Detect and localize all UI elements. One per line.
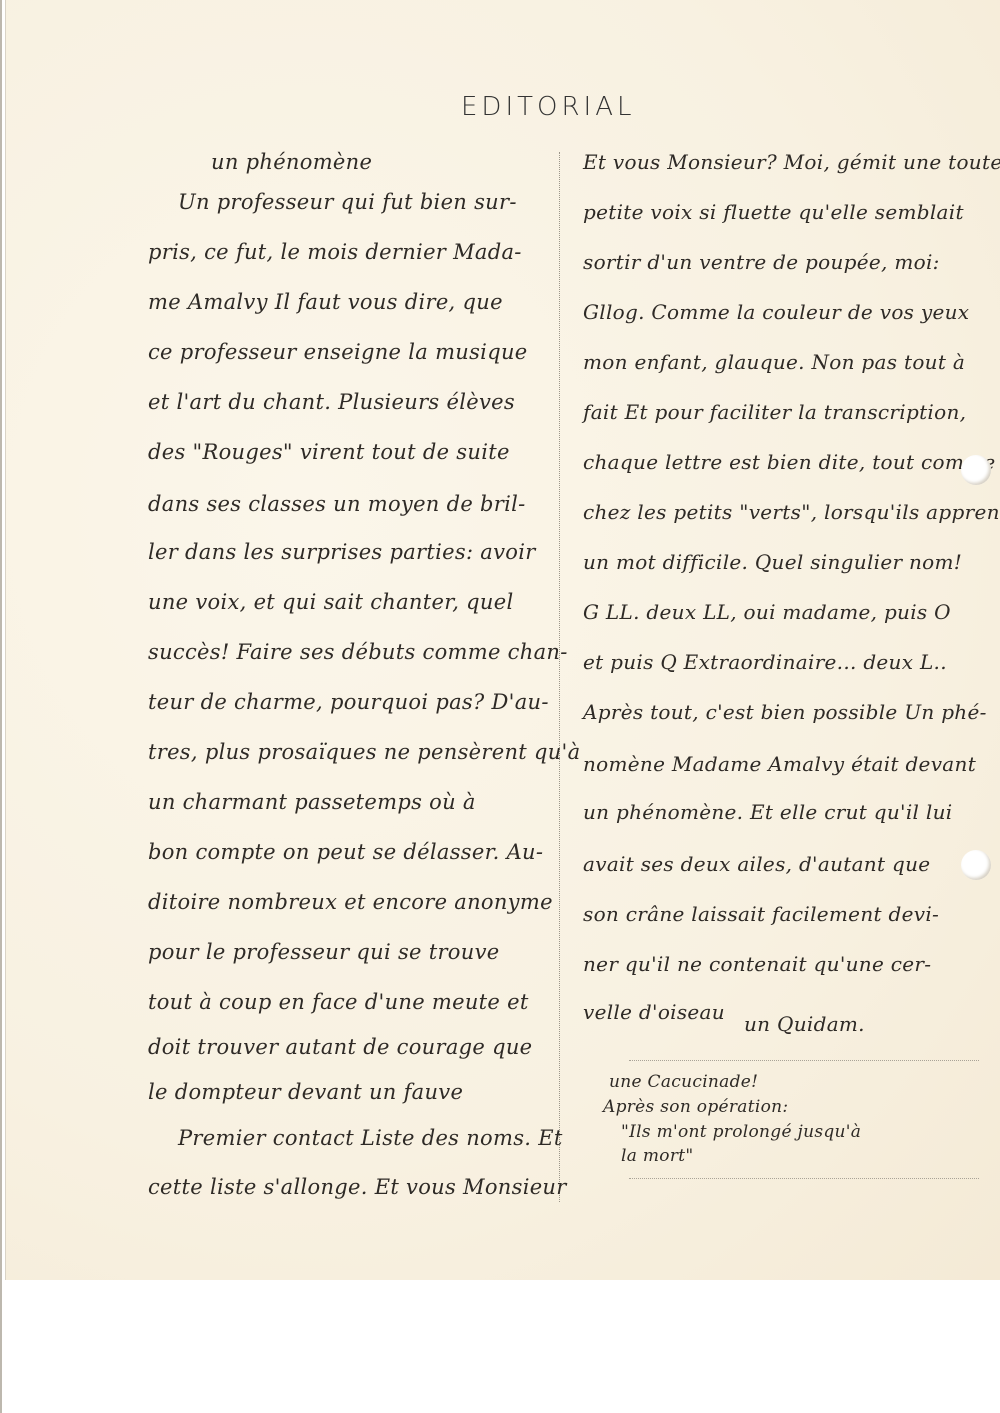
text-line: avait ses deux ailes, d'autant que	[583, 852, 930, 876]
punch-hole	[961, 455, 991, 485]
text-line: et puis Q Extraordinaire... deux L..	[583, 650, 947, 674]
text-line: sortir d'un ventre de poupée, moi:	[583, 250, 940, 274]
paper-page: EDITORIAL un phénomène Un professeur qui…	[5, 0, 1000, 1280]
text-line: Après tout, c'est bien possible Un phé-	[583, 700, 987, 724]
note-rule-bottom	[629, 1178, 979, 1179]
text-line: son crâne laissait facilement devi-	[583, 902, 939, 926]
text-line: G LL. deux LL, oui madame, puis O	[583, 600, 951, 624]
text-line: chez les petits "verts", lorsqu'ils appr…	[583, 500, 1000, 524]
note-rule-top	[629, 1060, 979, 1061]
text-line: mon enfant, glauque. Non pas tout à	[583, 350, 965, 374]
text-line: velle d'oiseau	[583, 1000, 725, 1024]
text-line: pour le professeur qui se trouve	[148, 940, 499, 964]
text-line: Et vous Monsieur? Moi, gémit une toute	[583, 150, 1000, 174]
text-line: tout à coup en face d'une meute et	[148, 990, 529, 1014]
text-line: me Amalvy Il faut vous dire, que	[148, 290, 503, 314]
note-line: la mort"	[621, 1146, 694, 1166]
text-line: cette liste s'allonge. Et vous Monsieur	[148, 1175, 567, 1199]
text-line: chaque lettre est bien dite, tout comme	[583, 450, 996, 474]
text-line: teur de charme, pourquoi pas? D'au-	[148, 690, 549, 714]
note-line: Après son opération:	[603, 1097, 788, 1117]
text-line: Un professeur qui fut bien sur-	[178, 190, 517, 214]
text-line: un charmant passetemps où à	[148, 790, 476, 814]
article-heading: un phénomène	[211, 150, 372, 174]
column-divider	[559, 152, 560, 1202]
text-line: ner qu'il ne contenait qu'une cer-	[583, 952, 931, 976]
signature: un Quidam.	[744, 1012, 865, 1036]
text-line: fait Et pour faciliter la transcription,	[583, 400, 966, 424]
text-line: pris, ce fut, le mois dernier Mada-	[148, 240, 522, 264]
text-line: ce professeur enseigne la musique	[148, 340, 528, 364]
text-line: succès! Faire ses débuts comme chan-	[148, 640, 568, 664]
text-line: et l'art du chant. Plusieurs élèves	[148, 390, 515, 414]
text-line: ditoire nombreux et encore anonyme	[148, 890, 553, 914]
note-line: "Ils m'ont prolongé jusqu'à	[621, 1122, 861, 1142]
text-line: bon compte on peut se délasser. Au-	[148, 840, 543, 864]
punch-hole	[961, 850, 991, 880]
text-line: dans ses classes un moyen de bril-	[148, 492, 526, 516]
page-title: EDITORIAL	[461, 92, 635, 122]
text-line: nomène Madame Amalvy était devant	[583, 752, 976, 776]
text-line: doit trouver autant de courage que	[148, 1035, 532, 1059]
text-line: un mot difficile. Quel singulier nom!	[583, 550, 962, 574]
text-line: une voix, et qui sait chanter, quel	[148, 590, 514, 614]
note-line: une Cacucinade!	[609, 1072, 758, 1092]
text-line: le dompteur devant un fauve	[148, 1080, 463, 1104]
text-line: des "Rouges" virent tout de suite	[148, 440, 510, 464]
text-line: Gllog. Comme la couleur de vos yeux	[583, 300, 969, 324]
scan-edge	[0, 0, 2, 1413]
text-line: ler dans les surprises parties: avoir	[148, 540, 536, 564]
text-line: petite voix si fluette qu'elle semblait	[583, 200, 964, 224]
text-line: Premier contact Liste des noms. Et	[178, 1126, 563, 1150]
text-line: un phénomène. Et elle crut qu'il lui	[583, 800, 952, 824]
text-line: tres, plus prosaïques ne pensèrent qu'à	[148, 740, 580, 764]
